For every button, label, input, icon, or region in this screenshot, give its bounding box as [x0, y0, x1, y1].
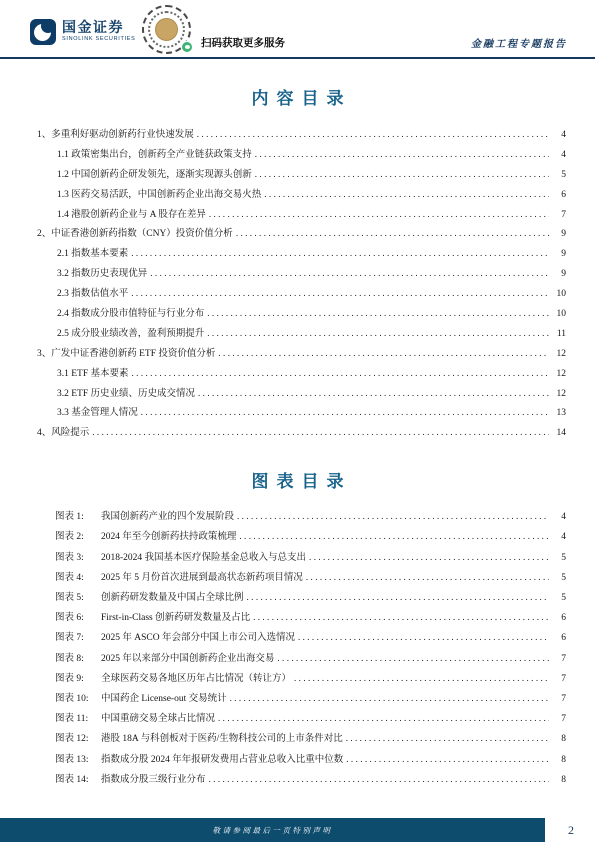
figure-entry-page: 4 [549, 532, 566, 542]
figure-leader-dots [343, 733, 549, 743]
toc-leader-dots [128, 288, 549, 298]
toc-entry-page: 14 [549, 428, 566, 438]
toc-entry-page: 12 [549, 389, 566, 399]
toc-leader-dots [195, 388, 549, 398]
toc-leader-dots [233, 228, 549, 238]
toc-entry-page: 6 [549, 190, 566, 200]
toc-entry-page: 5 [549, 170, 566, 180]
figure-leader-dots [244, 592, 549, 602]
figure-entry-page: 5 [549, 553, 566, 563]
figure-leader-dots [295, 632, 549, 642]
figure-entry-title: 创新药研发数量及中国占全球比例 [101, 588, 244, 608]
figure-entry-title: 2024 年至今创新药扶持政策梳理 [101, 527, 236, 547]
figure-entry-number: 图表 5: [55, 588, 101, 608]
footer-disclaimer-bar: 敬请参阅最后一页特别声明 [0, 818, 545, 842]
toc-leader-dots [89, 427, 549, 437]
sinolink-logo-icon [30, 19, 56, 45]
figure-leader-dots [206, 774, 549, 784]
figure-entry-number: 图表 7: [55, 628, 101, 648]
toc-leader-dots [204, 328, 549, 338]
toc-entry-page: 12 [549, 349, 566, 359]
figure-entry-title: 我国创新药产业的四个发展阶段 [101, 507, 234, 527]
toc-entry-label: 3.2 指数历史表现优异 [57, 265, 147, 285]
toc-entry[interactable]: 1.4 港股创新药企业与 A 股存在差异 7 [37, 206, 566, 226]
report-header: 国金证券 SINOLINK SECURITIES 扫码获取更多服务 金融工程专题… [0, 0, 595, 59]
toc-leader-dots [261, 189, 549, 199]
toc-list: 1、多重利好驱动创新药行业快速发展 4 1.1 政策密集出台，创新药全产业链获政… [37, 126, 566, 444]
footer-disclaimer: 敬请参阅最后一页特别声明 [213, 825, 333, 836]
figure-entry-page: 8 [549, 734, 566, 744]
toc-entry-label: 2、中证香港创新药指数（CNY）投资价值分析 [37, 225, 233, 245]
figure-entry-page: 8 [549, 775, 566, 785]
figure-entry[interactable]: 图表 9: 全球医药交易各地区历年占比情况（转让方） 7 [55, 669, 566, 689]
toc-entry-label: 1.1 政策密集出台，创新药全产业链获政策支持 [57, 146, 252, 166]
toc-entry[interactable]: 2.5 成分股业绩改善，盈利预期提升 11 [37, 325, 566, 345]
toc-entry[interactable]: 2.1 指数基本要素 9 [37, 245, 566, 265]
figure-entry[interactable]: 图表 2: 2024 年至今创新药扶持政策梳理 4 [55, 527, 566, 547]
qr-caption: 扫码获取更多服务 [201, 35, 285, 50]
toc-entry-label: 2.1 指数基本要素 [57, 245, 128, 265]
figure-entry-number: 图表 1: [55, 507, 101, 527]
toc-leader-dots [252, 149, 549, 159]
toc-entry-label: 3.2 ETF 历史业绩、历史成交情况 [57, 385, 195, 405]
toc-entry-label: 1.2 中国创新药企研发领先，逐渐实现源头创新 [57, 166, 252, 186]
toc-leader-dots [128, 248, 549, 258]
figure-entry-number: 图表 3: [55, 548, 101, 568]
toc-entry[interactable]: 3.3 基金管理人情况 13 [37, 404, 566, 424]
figure-leader-dots [291, 673, 549, 683]
figure-leader-dots [227, 693, 549, 703]
toc-title: 内容目录 [0, 87, 595, 111]
toc-entry-label: 3.1 ETF 基本要素 [57, 365, 129, 385]
figure-leader-dots [236, 531, 549, 541]
figures-title: 图表目录 [0, 470, 595, 494]
toc-entry[interactable]: 2.4 指数成分股市值特征与行业分布 10 [37, 305, 566, 325]
toc-entry-page: 13 [549, 408, 566, 418]
toc-entry-page: 12 [549, 369, 566, 379]
toc-entry-page: 10 [549, 289, 566, 299]
figure-entry-page: 6 [549, 613, 566, 623]
toc-leader-dots [206, 209, 549, 219]
toc-leader-dots [129, 368, 549, 378]
figure-entry-page: 6 [549, 633, 566, 643]
figure-entry-title: 中国药企 License-out 交易统计 [101, 689, 227, 709]
toc-leader-dots [204, 308, 549, 318]
toc-entry-label: 2.4 指数成分股市值特征与行业分布 [57, 305, 204, 325]
figure-leader-dots [303, 572, 549, 582]
figure-entry-page: 4 [549, 512, 566, 522]
page-number: 2 [568, 818, 574, 842]
figure-entry-number: 图表 11: [55, 709, 101, 729]
figure-entry-number: 图表 2: [55, 527, 101, 547]
figure-entry-title: 指数成分股 2024 年年报研发费用占营业总收入比重中位数 [101, 750, 343, 770]
figure-leader-dots [343, 754, 549, 764]
toc-entry[interactable]: 2、中证香港创新药指数（CNY）投资价值分析 9 [37, 225, 566, 245]
toc-entry-page: 4 [549, 130, 566, 140]
figure-entry-page: 7 [549, 674, 566, 684]
toc-entry[interactable]: 3.2 指数历史表现优异 9 [37, 265, 566, 285]
figure-entry[interactable]: 图表 12: 港股 18A 与科创板对于医药/生物科技公司的上市条件对比 8 [55, 729, 566, 749]
figure-entry[interactable]: 图表 5: 创新药研发数量及中国占全球比例 5 [55, 588, 566, 608]
figure-entry-number: 图表 8: [55, 649, 101, 669]
figure-entry-title: 指数成分股三级行业分布 [101, 770, 206, 790]
toc-entry-page: 10 [549, 309, 566, 319]
figure-entry-title: 2025 年 5 月份首次进展到最高状态新药项目情况 [101, 568, 303, 588]
figures-list: 图表 1: 我国创新药产业的四个发展阶段 4 图表 2: 2024 年至今创新药… [55, 507, 566, 790]
figure-entry-page: 7 [549, 714, 566, 724]
toc-entry[interactable]: 1.1 政策密集出台，创新药全产业链获政策支持 4 [37, 146, 566, 166]
toc-entry[interactable]: 1.3 医药交易活跃，中国创新药企业出海交易火热 6 [37, 186, 566, 206]
toc-entry[interactable]: 3.2 ETF 历史业绩、历史成交情况 12 [37, 385, 566, 405]
toc-leader-dots [194, 129, 549, 139]
figure-entry-page: 5 [549, 573, 566, 583]
figure-entry-number: 图表 13: [55, 750, 101, 770]
toc-entry-page: 9 [549, 229, 566, 239]
figure-leader-dots [274, 653, 549, 663]
toc-leader-dots [138, 407, 549, 417]
wechat-icon [181, 41, 193, 53]
toc-entry[interactable]: 1、多重利好驱动创新药行业快速发展 4 [37, 126, 566, 146]
toc-entry-label: 3.3 基金管理人情况 [57, 404, 138, 424]
figure-entry-number: 图表 10: [55, 689, 101, 709]
toc-entry-page: 9 [549, 249, 566, 259]
toc-entry-label: 2.5 成分股业绩改善，盈利预期提升 [57, 325, 204, 345]
toc-leader-dots [252, 169, 549, 179]
toc-entry-label: 1.4 港股创新药企业与 A 股存在差异 [57, 206, 206, 226]
page-footer: 敬请参阅最后一页特别声明 2 [0, 818, 595, 842]
figure-entry-title: 2025 年 ASCO 年会部分中国上市公司入选情况 [101, 628, 295, 648]
toc-entry-page: 7 [549, 210, 566, 220]
figure-entry-title: 2018-2024 我国基本医疗保险基金总收入与总支出 [101, 548, 306, 568]
toc-entry[interactable]: 2.3 指数估值水平 10 [37, 285, 566, 305]
figure-leader-dots [250, 612, 549, 622]
toc-entry-label: 1.3 医药交易活跃，中国创新药企业出海交易火热 [57, 186, 261, 206]
figure-entry[interactable]: 图表 8: 2025 年以来部分中国创新药企业出海交易 7 [55, 649, 566, 669]
toc-entry-label: 3、广发中证香港创新药 ETF 投资价值分析 [37, 345, 215, 365]
figure-entry-title: 港股 18A 与科创板对于医药/生物科技公司的上市条件对比 [101, 729, 343, 749]
figure-entry-number: 图表 14: [55, 770, 101, 790]
toc-entry-label: 1、多重利好驱动创新药行业快速发展 [37, 126, 194, 146]
figure-entry-title: 2025 年以来部分中国创新药企业出海交易 [101, 649, 274, 669]
toc-entry[interactable]: 3.1 ETF 基本要素 12 [37, 365, 566, 385]
figure-entry[interactable]: 图表 11: 中国重磅交易全球占比情况 7 [55, 709, 566, 729]
figure-entry[interactable]: 图表 14: 指数成分股三级行业分布 8 [55, 770, 566, 790]
figure-entry[interactable]: 图表 7: 2025 年 ASCO 年会部分中国上市公司入选情况 6 [55, 628, 566, 648]
figure-entry[interactable]: 图表 10: 中国药企 License-out 交易统计 7 [55, 689, 566, 709]
toc-entry[interactable]: 4、风险提示 14 [37, 424, 566, 444]
toc-leader-dots [215, 348, 549, 358]
figure-entry-number: 图表 4: [55, 568, 101, 588]
toc-entry-page: 11 [549, 329, 566, 339]
report-type-label: 金融工程专题报告 [471, 35, 567, 50]
figure-entry[interactable]: 图表 1: 我国创新药产业的四个发展阶段 4 [55, 507, 566, 527]
figure-leader-dots [306, 552, 549, 562]
figure-entry[interactable]: 图表 6: First-in-Class 创新药研发数量及占比 6 [55, 608, 566, 628]
toc-entry-label: 2.3 指数估值水平 [57, 285, 128, 305]
figure-entry-page: 7 [549, 654, 566, 664]
brand-name-en: SINOLINK SECURITIES [62, 36, 136, 43]
figure-entry-page: 7 [549, 694, 566, 704]
figure-entry-title: 全球医药交易各地区历年占比情况（转让方） [101, 669, 291, 689]
figure-entry-page: 8 [549, 755, 566, 765]
figure-entry-title: 中国重磅交易全球占比情况 [101, 709, 215, 729]
toc-entry[interactable]: 1.2 中国创新药企研发领先，逐渐实现源头创新 5 [37, 166, 566, 186]
toc-entry[interactable]: 3、广发中证香港创新药 ETF 投资价值分析 12 [37, 345, 566, 365]
toc-entry-page: 9 [549, 269, 566, 279]
figure-entry-page: 5 [549, 593, 566, 603]
toc-leader-dots [147, 268, 549, 278]
figure-entry-number: 图表 9: [55, 669, 101, 689]
figure-entry-number: 图表 6: [55, 608, 101, 628]
figure-entry-title: First-in-Class 创新药研发数量及占比 [101, 608, 250, 628]
toc-entry-page: 4 [549, 150, 566, 160]
figure-leader-dots [234, 511, 549, 521]
toc-entry-label: 4、风险提示 [37, 424, 89, 444]
figure-entry[interactable]: 图表 4: 2025 年 5 月份首次进展到最高状态新药项目情况 5 [55, 568, 566, 588]
figure-leader-dots [215, 713, 549, 723]
brand-name-cn: 国金证券 [62, 21, 136, 36]
figure-entry[interactable]: 图表 3: 2018-2024 我国基本医疗保险基金总收入与总支出 5 [55, 548, 566, 568]
brand-logo: 国金证券 SINOLINK SECURITIES [30, 19, 136, 45]
figure-entry-number: 图表 12: [55, 729, 101, 749]
figure-entry[interactable]: 图表 13: 指数成分股 2024 年年报研发费用占营业总收入比重中位数 8 [55, 750, 566, 770]
